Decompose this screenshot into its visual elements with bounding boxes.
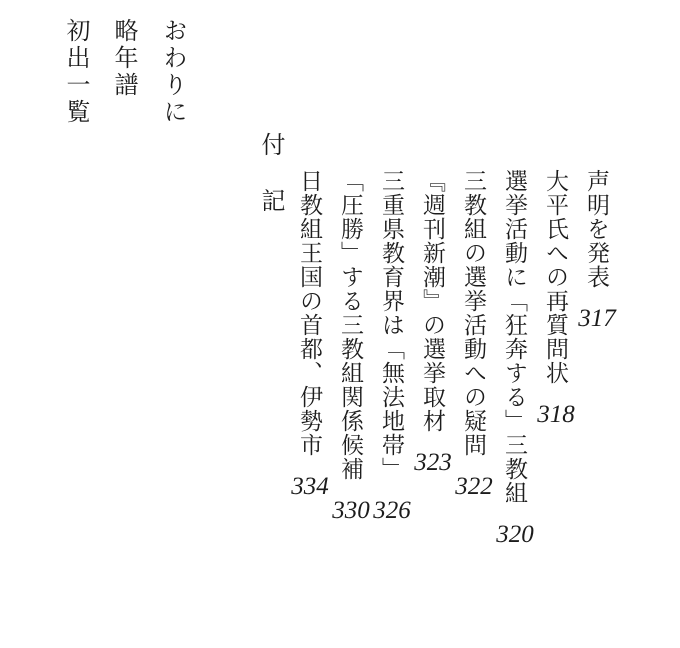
toc-entry-title: 「圧勝」する三教組関係候補 — [339, 169, 362, 481]
toc-entry-page-number: 318 — [526, 402, 586, 427]
toc-entry-title: 声明を発表 — [585, 169, 608, 289]
toc-entry-title: 三教組の選挙活動への疑問 — [462, 169, 485, 457]
toc-entry-title: 『週刊新潮』の選挙取材 — [421, 169, 444, 433]
back-matter-item-owarini: おわりに — [160, 18, 184, 126]
toc-entry-title: 選挙活動に「狂奔する」三教組 — [503, 169, 526, 505]
toc-entry-page-number: 323 — [403, 450, 463, 475]
section-heading-fuki: 付 記 — [258, 132, 282, 216]
toc-entry-page-number: 322 — [444, 474, 504, 499]
toc-entry-title: 三重県教育界は「無法地帯」 — [380, 169, 403, 481]
back-matter-item-shoshutsu-ichiran: 初出一覧 — [63, 18, 87, 126]
toc-entry-title: 大平氏への再質問状 — [544, 169, 567, 385]
toc-entry-page-number: 320 — [485, 522, 545, 547]
toc-entry-page-number: 330 — [321, 498, 381, 523]
toc-page: おわりに 略年譜 初出一覧 付 記 声明を発表 317 大平氏への再質問状 31… — [0, 0, 680, 648]
toc-entry-title: 日教組王国の首都、伊勢市 — [298, 169, 321, 457]
back-matter-item-ryakunenpu: 略年譜 — [111, 18, 135, 99]
toc-entry-page-number: 317 — [567, 306, 627, 331]
toc-entry-page-number: 334 — [280, 474, 340, 499]
